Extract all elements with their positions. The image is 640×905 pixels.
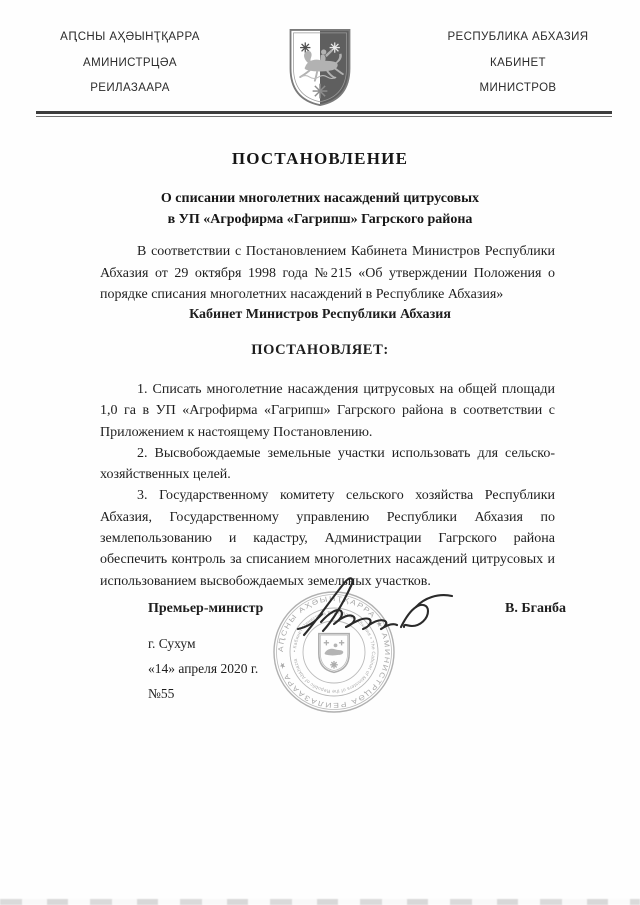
letterhead-abkhaz: АԤСНЫ АҲӘЫНҬҚАРРА АМИНИСТРЦӘА РЕИЛАЗААРА: [30, 30, 230, 107]
handwritten-signature-icon: [290, 577, 458, 644]
subject-line-1: О списании многолетних насаждений цитрус…: [60, 188, 580, 209]
letterhead-line: АԤСНЫ АҲӘЫНҬҚАРРА: [30, 30, 230, 44]
letterhead-line: РЕСПУБЛИКА АБХАЗИЯ: [418, 30, 618, 44]
document-subject: О списании многолетних насаждений цитрус…: [60, 188, 580, 230]
letterhead-line: АМИНИСТРЦӘА: [30, 56, 230, 70]
divider-thick-line: [36, 111, 612, 114]
letterhead-line: МИНИСТРОВ: [418, 81, 618, 95]
scan-artifact: [0, 899, 640, 905]
resolution-item-2: 2. Высвобождаемые земельные участки испо…: [100, 443, 555, 486]
resolution-item-3: 3. Государственному комитету сельского х…: [100, 485, 555, 591]
letterhead-line: РЕИЛАЗААРА: [30, 81, 230, 95]
subject-line-2: в УП «Агрофирма «Гагрипш» Гагрского райо…: [60, 209, 580, 230]
signer-name: В. Бганба: [505, 601, 566, 617]
place-line: г. Сухум: [148, 636, 196, 652]
signer-title: Премьер-министр: [148, 601, 263, 617]
resolution-item-1: 1. Списать многолетние насаждения цитрус…: [100, 379, 555, 443]
resolution-keyword: ПОСТАНОВЛЯЕТ:: [0, 342, 640, 359]
document-title: ПОСТАНОВЛЕНИЕ: [0, 149, 640, 169]
resolution-items: 1. Списать многолетние насаждения цитрус…: [100, 379, 555, 592]
header-divider: [36, 111, 612, 117]
issuer-line: Кабинет Министров Республики Абхазия: [0, 307, 640, 323]
preamble-paragraph: В соответствии с Постановлением Кабинета…: [100, 241, 555, 306]
document-page: АԤСНЫ АҲӘЫНҬҚАРРА АМИНИСТРЦӘА РЕИЛАЗААРА: [0, 0, 640, 905]
letterhead-line: КАБИНЕТ: [418, 56, 618, 70]
date-line: «14» апреля 2020 г.: [148, 661, 258, 677]
number-line: №55: [148, 686, 174, 702]
abkhazia-coat-of-arms-icon: [283, 24, 357, 113]
letterhead-russian: РЕСПУБЛИКА АБХАЗИЯ КАБИНЕТ МИНИСТРОВ: [418, 30, 618, 107]
divider-thin-line: [36, 116, 612, 117]
